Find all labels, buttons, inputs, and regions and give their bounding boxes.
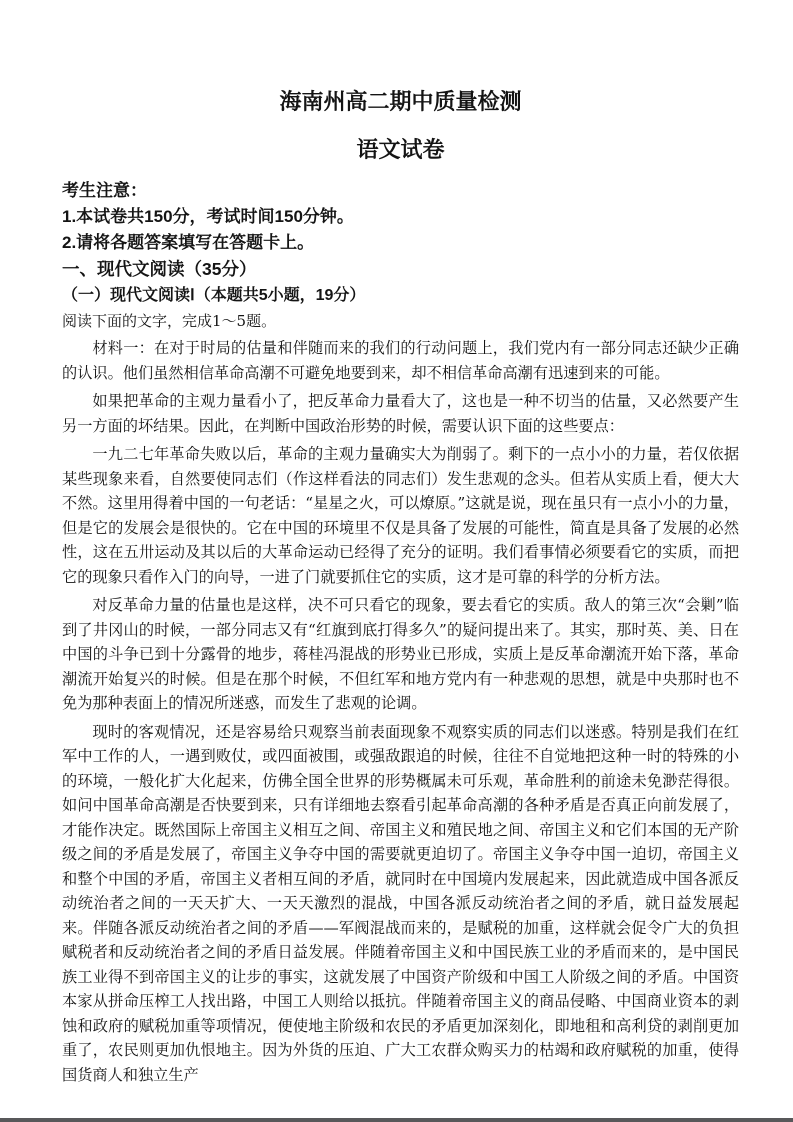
page-bottom-separator [0, 1118, 793, 1122]
section-heading-modern-reading: 一、现代文阅读（35分） [62, 256, 739, 283]
passage-paragraph-2: 如果把革命的主观力量看小了，把反革命力量看大了，这也是一种不切当的估量，又必然要… [62, 389, 739, 438]
passage-paragraph-1: 材料一：在对于时局的估量和伴随而来的我们的行动问题上，我们党内有一部分同志还缺少… [62, 336, 739, 385]
passage-paragraph-3: 一九二七年革命失败以后，革命的主观力量确实大为削弱了。剩下的一点小小的力量，若仅… [62, 442, 739, 589]
reading-passage: 材料一：在对于时局的估量和伴随而来的我们的行动问题上，我们党内有一部分同志还缺少… [62, 336, 739, 1087]
passage-paragraph-4: 对反革命力量的估量也是这样，决不可只看它的现象，要去看它的实质。敌人的第三次“会… [62, 593, 739, 716]
reading-instruction: 阅读下面的文字，完成1～5题。 [62, 309, 739, 334]
page-subtitle: 语文试卷 [62, 136, 739, 164]
notice-item-2: 2.请将各题答案填写在答题卡上。 [62, 230, 739, 256]
notice-item-1: 1.本试卷共150分，考试时间150分钟。 [62, 204, 739, 230]
subsection-heading-reading-1: （一）现代文阅读Ⅰ（本题共5小题，19分） [62, 283, 739, 309]
notice-heading: 考生注意： [62, 178, 739, 204]
exam-paper-page: 海南州高二期中质量检测 语文试卷 考生注意： 1.本试卷共150分，考试时间15… [0, 0, 793, 1122]
passage-paragraph-5: 现时的客观情况，还是容易给只观察当前表面现象不观察实质的同志们以迷惑。特别是我们… [62, 720, 739, 1088]
page-title: 海南州高二期中质量检测 [62, 88, 739, 116]
candidate-notice: 考生注意： 1.本试卷共150分，考试时间150分钟。 2.请将各题答案填写在答… [62, 178, 739, 256]
